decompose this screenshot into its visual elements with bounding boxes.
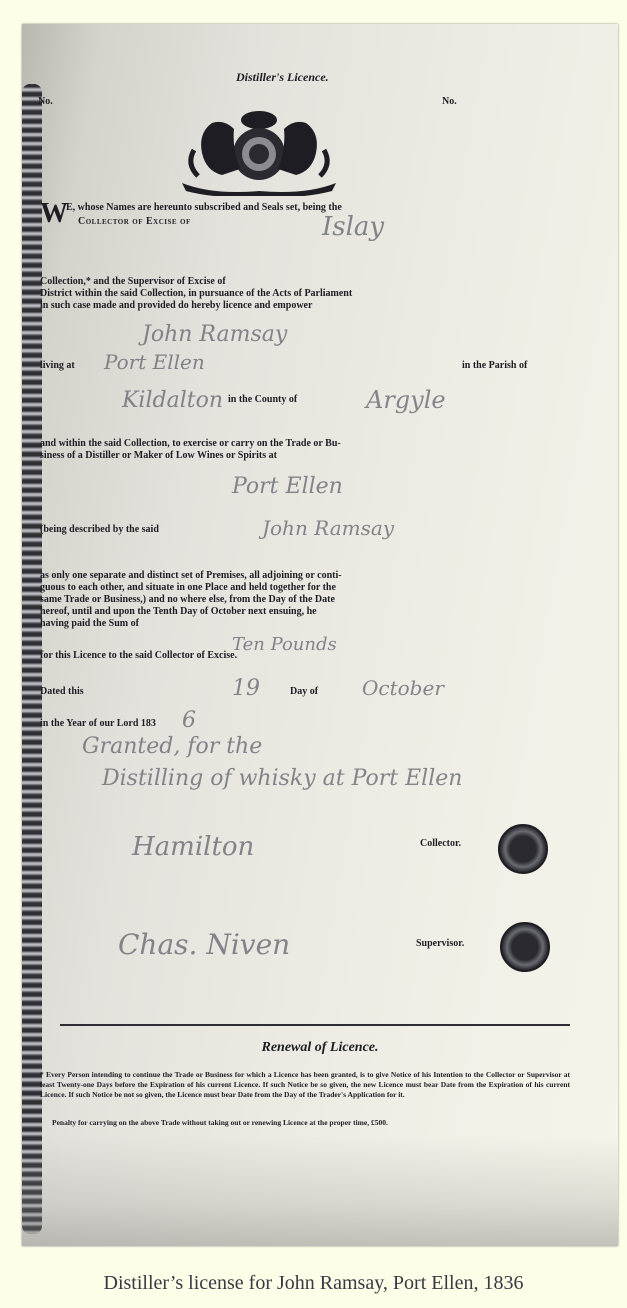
- parish-label: in the Parish of: [462, 360, 527, 372]
- handwriting-month: October: [362, 676, 444, 700]
- initial-letter: W: [40, 200, 68, 228]
- handwriting-parish: Kildalton: [122, 388, 223, 413]
- collector-seal-icon: [498, 824, 548, 874]
- penalty-notice: Penalty for carrying on the above Trade …: [40, 1118, 570, 1128]
- divider-rule: [60, 1024, 570, 1026]
- collector-signature: Hamilton: [132, 832, 254, 862]
- trade-line-1: and within the said Collection, to exerc…: [40, 438, 341, 450]
- body-line-3: Collection,* and the Supervisor of Excis…: [40, 276, 226, 288]
- body-line-4: District within the said Collection, in …: [40, 288, 352, 300]
- body-line-5: in such case made and provided do hereby…: [40, 300, 312, 312]
- body-line-1: E, whose Names are hereunto subscribed a…: [66, 202, 342, 214]
- handwriting-note-2: Distilling of whisky at Port Ellen: [102, 766, 462, 791]
- living-at-label: living at: [40, 360, 75, 372]
- body-line-2: Collector of Excise of: [78, 216, 191, 228]
- county-label: in the County of: [228, 394, 297, 406]
- licence-paid-line: for this Licence to the said Collector o…: [40, 650, 237, 662]
- day-of-label: Day of: [290, 686, 318, 698]
- premises-line-2: guous to each other, and situate in one …: [40, 582, 336, 594]
- year-label: in the Year of our Lord 183: [40, 718, 156, 730]
- handwriting-place: Port Ellen: [232, 474, 343, 499]
- collector-label: Collector.: [420, 838, 461, 850]
- supervisor-label: Supervisor.: [416, 938, 464, 950]
- handwriting-year-suffix: 6: [182, 708, 196, 733]
- trade-line-2: siness of a Distiller or Maker of Low Wi…: [40, 450, 277, 462]
- renewal-heading: Renewal of Licence.: [22, 1042, 618, 1054]
- premises-line-5: having paid the Sum of: [40, 618, 139, 630]
- handwriting-collection: Islay: [322, 212, 384, 242]
- supervisor-signature: Chas. Niven: [118, 928, 290, 961]
- number-label-left: No.: [38, 96, 53, 108]
- supervisor-seal-icon: [500, 922, 550, 972]
- handwriting-sum: Ten Pounds: [232, 634, 337, 655]
- premises-line-1: as only one separate and distinct set of…: [40, 570, 342, 582]
- renewal-notice: * Every Person intending to continue the…: [40, 1070, 570, 1100]
- described-label: (being described by the said: [40, 524, 159, 536]
- handwriting-note-1: Granted, for the: [82, 734, 262, 759]
- handwriting-living: Port Ellen: [104, 350, 205, 374]
- spiral-binding: [22, 84, 42, 1234]
- handwriting-county: Argyle: [366, 386, 446, 414]
- licence-document: Distiller's Licence. No. No. W E, whose …: [22, 24, 618, 1246]
- dated-this-label: Dated this: [40, 686, 84, 698]
- number-label-right: No.: [442, 96, 457, 108]
- premises-line-4: hereof, until and upon the Tenth Day of …: [40, 606, 317, 618]
- document-title: Distiller's Licence.: [236, 71, 329, 83]
- handwriting-described-by: John Ramsay: [262, 516, 394, 540]
- photo-caption: Distiller’s license for John Ramsay, Por…: [0, 1272, 627, 1295]
- handwriting-name: John Ramsay: [142, 322, 287, 347]
- handwriting-day: 19: [232, 676, 260, 701]
- premises-line-3: same Trade or Business,) and no where el…: [40, 594, 335, 606]
- royal-crest-icon: [172, 108, 347, 196]
